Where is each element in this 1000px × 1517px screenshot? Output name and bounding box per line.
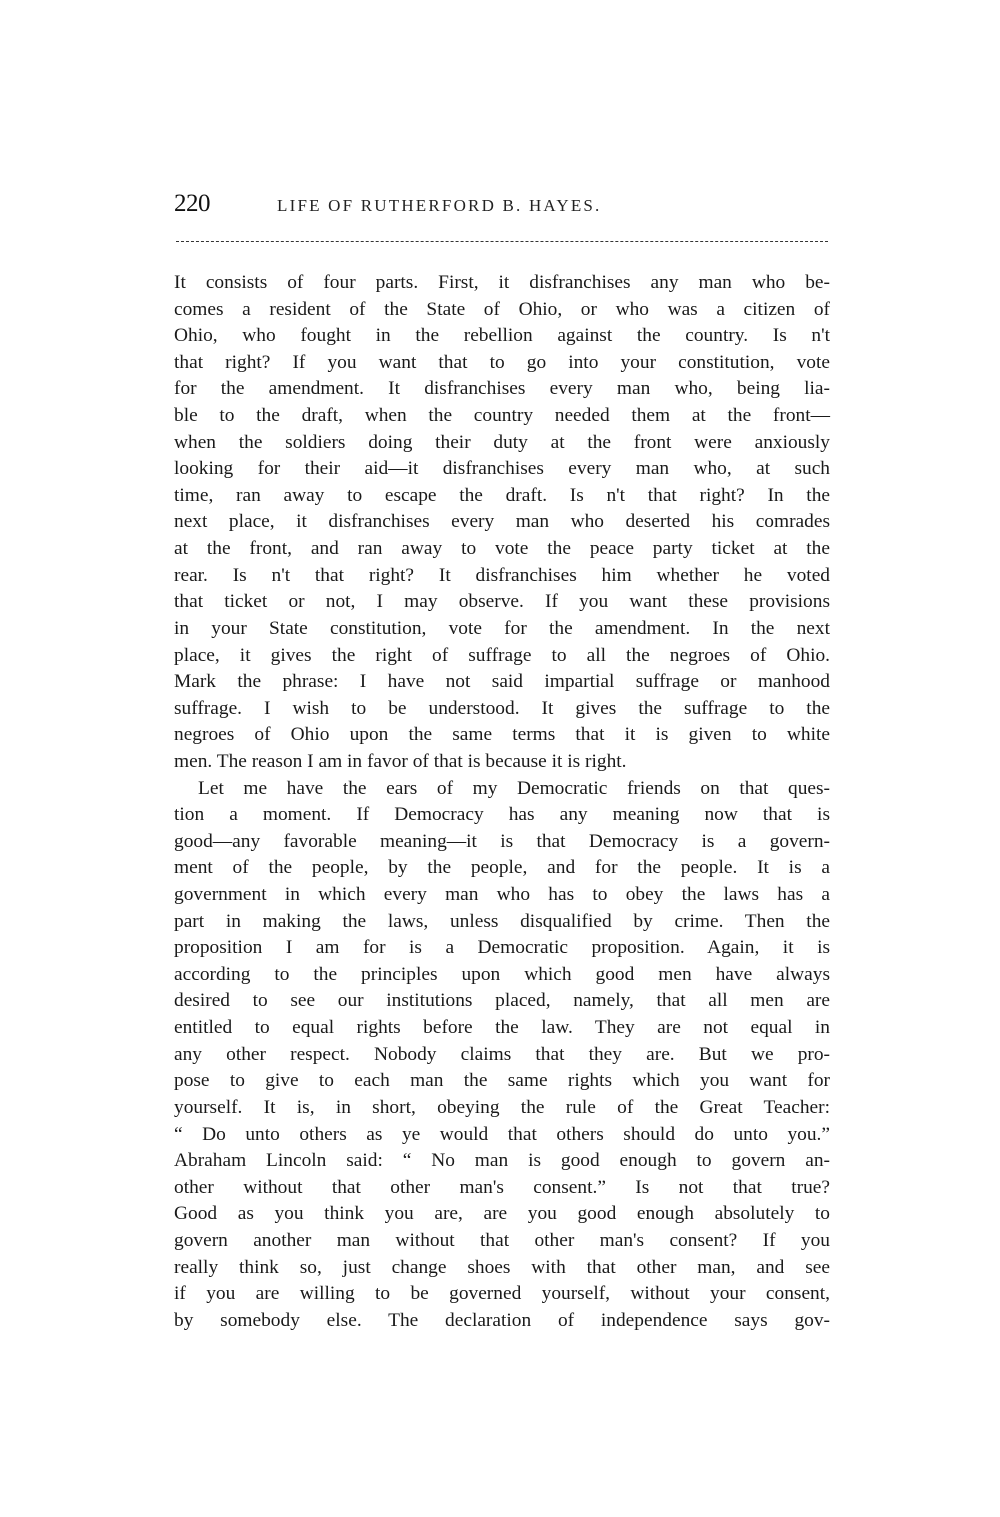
- text-line: that ticket or not, I may observe. If yo…: [174, 589, 830, 616]
- page-number: 220: [174, 190, 210, 218]
- body-text: It consists of four parts. First, it dis…: [174, 270, 830, 1334]
- text-line: negroes of Ohio upon the same terms that…: [174, 722, 830, 749]
- text-line: at the front, and ran away to vote the p…: [174, 536, 830, 563]
- text-line: other without that other man's consent.”…: [174, 1175, 830, 1202]
- text-line: according to the principles upon which g…: [174, 962, 830, 989]
- text-line: entitled to equal rights before the law.…: [174, 1015, 830, 1042]
- text-line: looking for their aid—it disfranchises e…: [174, 456, 830, 483]
- text-line: by somebody else. The declaration of ind…: [174, 1308, 830, 1335]
- text-line: comes a resident of the State of Ohio, o…: [174, 297, 830, 324]
- text-line: tion a moment. If Democracy has any mean…: [174, 802, 830, 829]
- text-line: for the amendment. It disfranchises ever…: [174, 376, 830, 403]
- text-line: place, it gives the right of suffrage to…: [174, 643, 830, 670]
- text-line: govern another man without that other ma…: [174, 1228, 830, 1255]
- text-line: yourself. It is, in short, obeying the r…: [174, 1095, 830, 1122]
- running-title: LIFE OF RUTHERFORD B. HAYES.: [277, 196, 602, 216]
- text-line: really think so, just change shoes with …: [174, 1255, 830, 1282]
- text-line: next place, it disfranchises every man w…: [174, 509, 830, 536]
- text-line: ment of the people, by the people, and f…: [174, 855, 830, 882]
- text-line: part in making the laws, unless disquali…: [174, 909, 830, 936]
- text-line: Mark the phrase: I have not said imparti…: [174, 669, 830, 696]
- text-line: that right? If you want that to go into …: [174, 350, 830, 377]
- text-line: Good as you think you are, are you good …: [174, 1201, 830, 1228]
- header-rule: [176, 241, 828, 242]
- text-line: if you are willing to be governed yourse…: [174, 1281, 830, 1308]
- text-line: when the soldiers doing their duty at th…: [174, 430, 830, 457]
- text-line: good—any favorable meaning—it is that De…: [174, 829, 830, 856]
- text-line: pose to give to each man the same rights…: [174, 1068, 830, 1095]
- text-line: proposition I am for is a Democratic pro…: [174, 935, 830, 962]
- paragraph: Let me have the ears of my Democratic fr…: [174, 776, 830, 1335]
- text-line: desired to see our institutions placed, …: [174, 988, 830, 1015]
- text-line: men. The reason I am in favor of that is…: [174, 749, 830, 776]
- text-line: Abraham Lincoln said: “ No man is good e…: [174, 1148, 830, 1175]
- text-line: suffrage. I wish to be understood. It gi…: [174, 696, 830, 723]
- text-line: It consists of four parts. First, it dis…: [174, 270, 830, 297]
- text-line: in your State constitution, vote for the…: [174, 616, 830, 643]
- text-line: time, ran away to escape the draft. Is n…: [174, 483, 830, 510]
- text-line: rear. Is n't that right? It disfranchise…: [174, 563, 830, 590]
- running-head: 220 LIFE OF RUTHERFORD B. HAYES.: [174, 190, 829, 224]
- text-line: Let me have the ears of my Democratic fr…: [174, 776, 830, 803]
- text-line: ble to the draft, when the country neede…: [174, 403, 830, 430]
- text-line: any other respect. Nobody claims that th…: [174, 1042, 830, 1069]
- text-line: government in which every man who has to…: [174, 882, 830, 909]
- text-line: Ohio, who fought in the rebellion agains…: [174, 323, 830, 350]
- text-line: “ Do unto others as ye would that others…: [174, 1122, 830, 1149]
- paragraph: It consists of four parts. First, it dis…: [174, 270, 830, 776]
- book-page: 220 LIFE OF RUTHERFORD B. HAYES. It cons…: [0, 0, 1000, 1517]
